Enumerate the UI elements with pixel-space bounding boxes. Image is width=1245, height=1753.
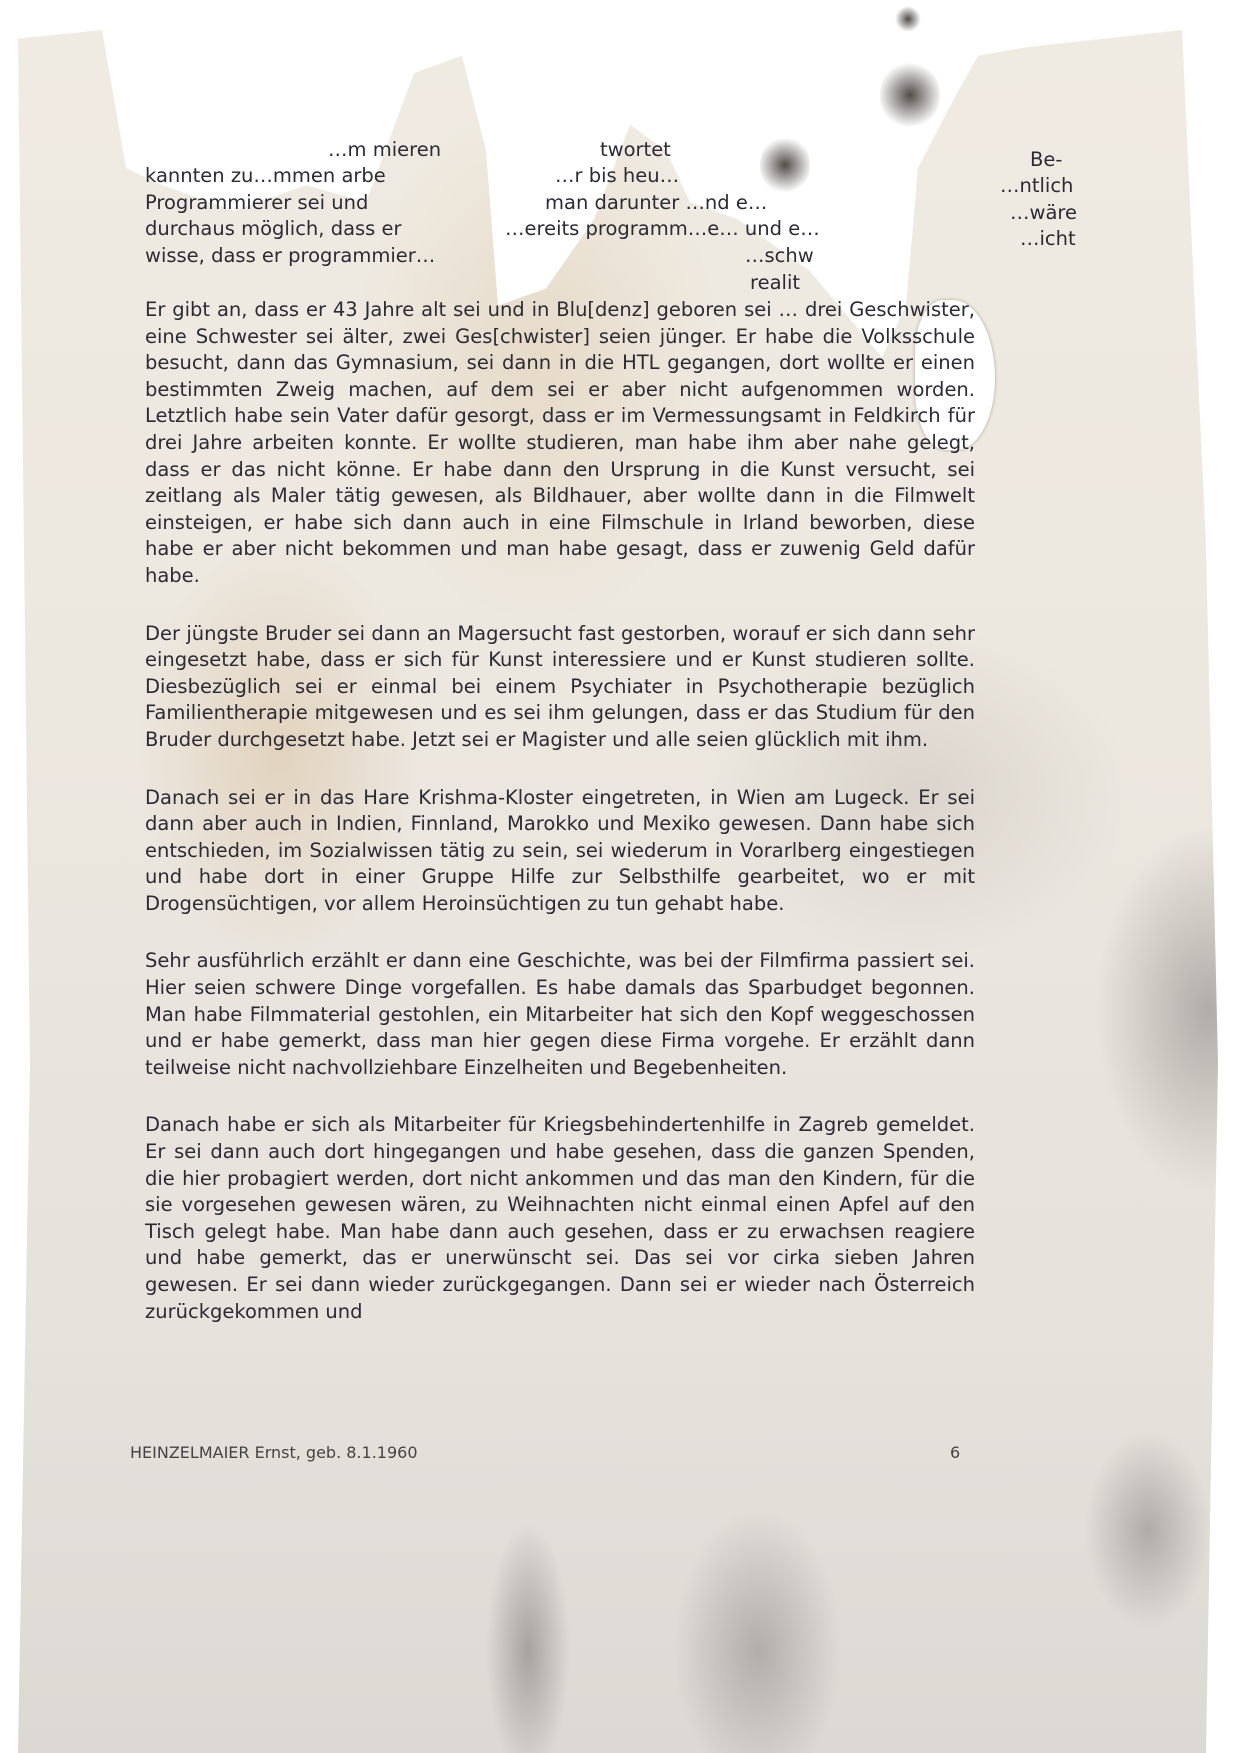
burn-mark — [895, 6, 921, 32]
fragment: …r bis heu… — [555, 163, 679, 190]
body-text: Er gibt an, dass er 43 Jahre alt sei und… — [145, 297, 975, 1356]
fragment: durchaus möglich, dass er — [145, 216, 402, 243]
fragment: …schw — [745, 243, 814, 270]
fragment: …icht — [1020, 226, 1076, 253]
fragment: twortet — [600, 137, 671, 164]
fragment: Be- — [1030, 147, 1062, 174]
fragment: …ereits programm…e… und e… — [505, 216, 820, 243]
paragraph: Danach sei er in das Hare Krishma-Kloste… — [145, 785, 975, 918]
footer-name-line: HEINZELMAIER Ernst, geb. 8.1.1960 — [130, 1443, 418, 1462]
fragment: realit — [750, 270, 800, 297]
fragment: …wäre — [1010, 200, 1077, 227]
page-number: 6 — [950, 1443, 960, 1462]
fragment: wisse, dass er programmier… — [145, 243, 435, 270]
burn-mark — [760, 135, 810, 195]
fragment: …ntlich — [1000, 173, 1073, 200]
paragraph: Danach habe er sich als Mitarbeiter für … — [145, 1112, 975, 1325]
fragment: Programmierer sei und — [145, 190, 368, 217]
burn-mark — [880, 60, 940, 130]
fragment: man darunter …nd e… — [545, 190, 767, 217]
paragraph: Er gibt an, dass er 43 Jahre alt sei und… — [145, 297, 975, 590]
paragraph: Sehr ausführlich erzählt er dann eine Ge… — [145, 948, 975, 1081]
fragment: …m mieren — [328, 137, 441, 164]
paragraph: Der jüngste Bruder sei dann an Magersuch… — [145, 621, 975, 754]
fragment: kannten zu…mmen arbe — [145, 163, 386, 190]
